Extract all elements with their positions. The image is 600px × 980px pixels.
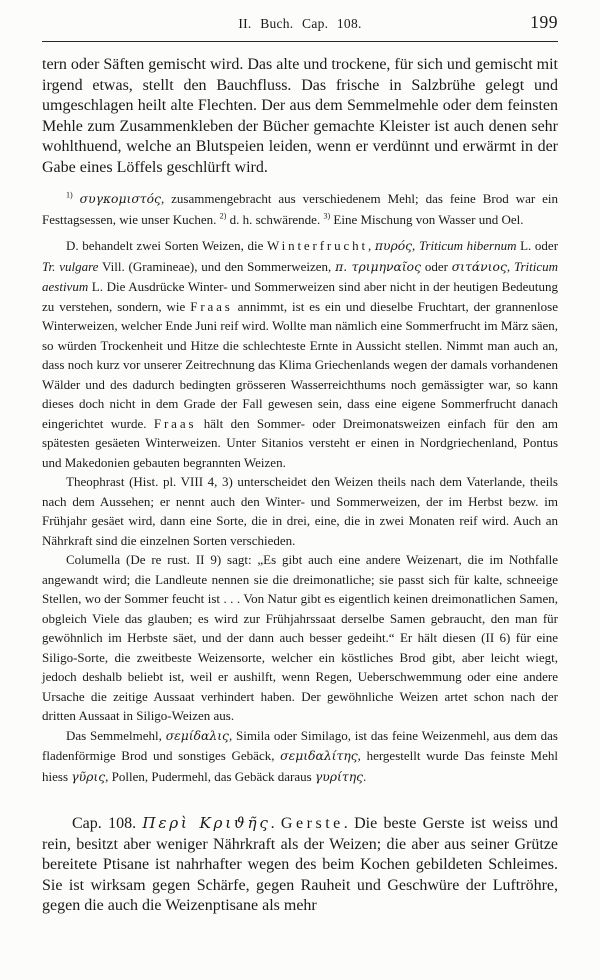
cap-108-paragraph: Cap. 108. Περὶ Κριϑῆς. Gerste. Die beste… xyxy=(42,813,558,917)
page-number: 199 xyxy=(530,12,558,33)
footnotes-paragraph: 1) συγκομιστός, zusammengebracht aus ver… xyxy=(42,189,558,229)
commentary-semmelmehl-paragraph: Das Semmelmehl, σεμίδαλις, Simila oder S… xyxy=(42,726,558,788)
commentary-theophrast-paragraph: Theophrast (Hist. pl. VIII 4, 3) untersc… xyxy=(42,472,558,550)
commentary-weizen-paragraph: D. behandelt zwei Sorten Weizen, die Win… xyxy=(42,236,558,472)
running-head: II. Buch. Cap. 108. 199 xyxy=(42,12,558,36)
running-head-title: II. Buch. Cap. 108. xyxy=(42,16,558,32)
book-page: II. Buch. Cap. 108. 199 tern oder Säften… xyxy=(0,0,600,980)
commentary-columella-paragraph: Columella (De re rust. II 9) sagt: „Es g… xyxy=(42,550,558,726)
page-body: tern oder Säften gemischt wird. Das alte… xyxy=(42,55,558,917)
header-rule xyxy=(42,41,558,42)
continuation-paragraph: tern oder Säften gemischt wird. Das alte… xyxy=(42,55,558,178)
